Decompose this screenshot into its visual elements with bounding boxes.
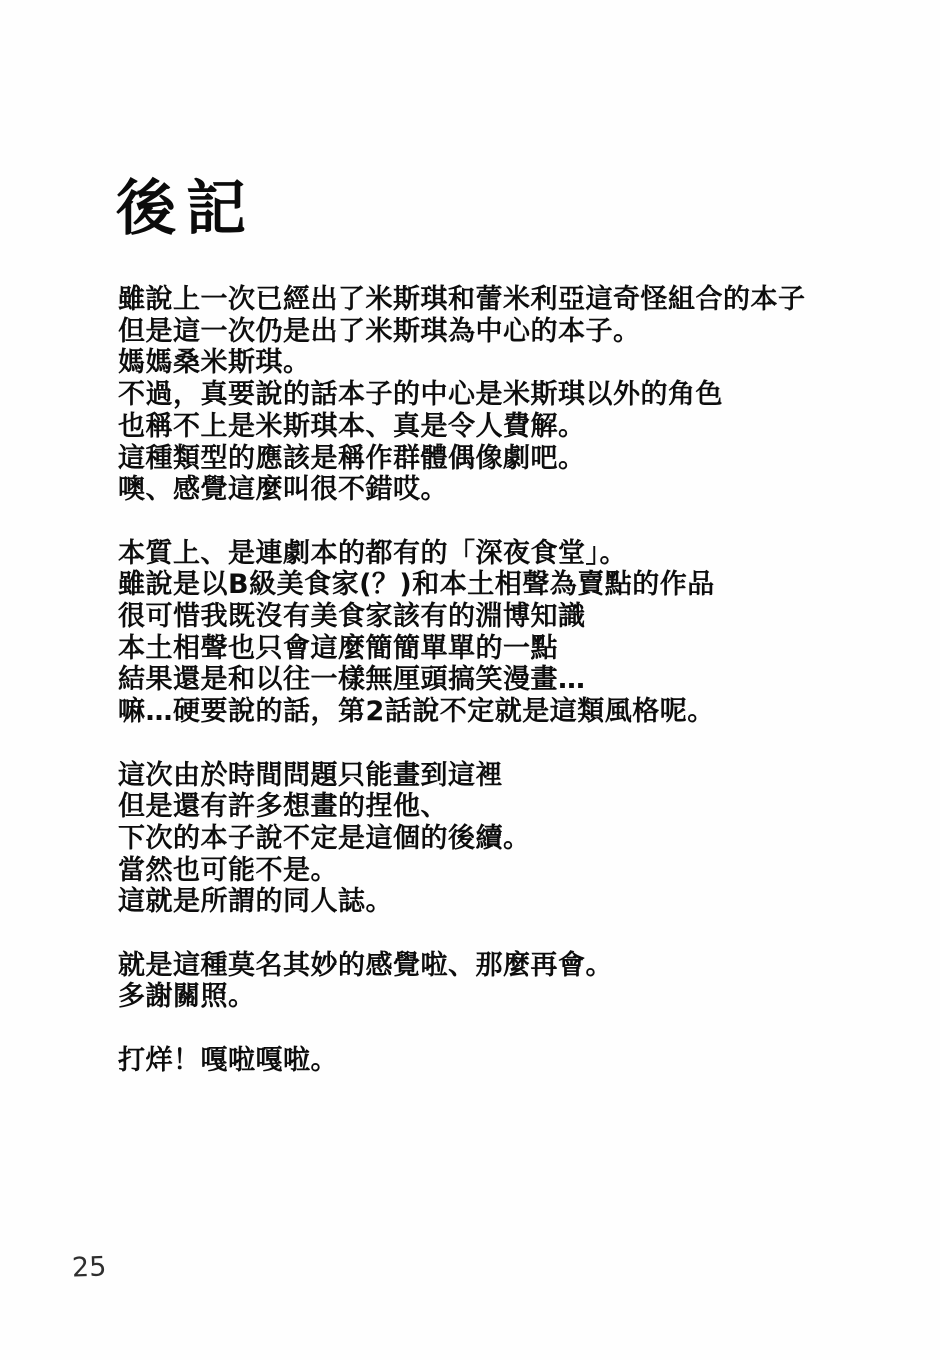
- afterword-line: 不過，真要說的話本子的中心是米斯琪以外的角色: [118, 379, 858, 411]
- afterword-page: 後記 雖說上一次已經出了米斯琪和蕾米利亞這奇怪組合的本子 但是這一次仍是出了米斯…: [0, 0, 940, 1360]
- afterword-line: 但是這一次仍是出了米斯琪為中心的本子。: [118, 316, 858, 348]
- afterword-line: 很可惜我既沒有美食家該有的淵博知識: [118, 601, 858, 633]
- paragraph-3: 這次由於時間問題只能畫到這裡 但是還有許多想畫的捏他、 下次的本子說不定是這個的…: [118, 760, 858, 919]
- afterword-line: 媽媽桑米斯琪。: [118, 347, 858, 379]
- paragraph-5: 打烊！嘎啦嘎啦。: [118, 1045, 858, 1077]
- afterword-line: 多謝關照。: [118, 981, 858, 1013]
- afterword-line: 但是還有許多想畫的捏他、: [118, 791, 858, 823]
- afterword-line: 結果還是和以往一樣無厘頭搞笑漫畫…: [118, 664, 858, 696]
- page-number: 25: [71, 1251, 106, 1283]
- afterword-line: 噢、感覺這麼叫很不錯哎。: [118, 474, 858, 506]
- afterword-line: 這次由於時間問題只能畫到這裡: [118, 760, 858, 792]
- afterword-line: 雖說是以B級美食家(？)和本土相聲為賣點的作品: [118, 569, 858, 601]
- page-title: 後記: [116, 176, 256, 242]
- afterword-line: 本質上、是連劇本的都有的「深夜食堂」。: [118, 538, 858, 570]
- afterword-line: 這種類型的應該是稱作群體偶像劇吧。: [118, 443, 858, 475]
- afterword-line: 就是這種莫名其妙的感覺啦、那麼再會。: [118, 950, 858, 982]
- afterword-line: 當然也可能不是。: [118, 855, 858, 887]
- afterword-line: 本土相聲也只會這麼簡簡單單的一點: [118, 633, 858, 665]
- paragraph-4: 就是這種莫名其妙的感覺啦、那麼再會。 多謝關照。: [118, 950, 858, 1013]
- afterword-line: 打烊！嘎啦嘎啦。: [118, 1045, 858, 1077]
- afterword-line: 雖說上一次已經出了米斯琪和蕾米利亞這奇怪組合的本子: [118, 284, 858, 316]
- afterword-line: 這就是所謂的同人誌。: [118, 886, 858, 918]
- afterword-line: 也稱不上是米斯琪本、真是令人費解。: [118, 411, 858, 443]
- afterword-line: 下次的本子說不定是這個的後續。: [118, 823, 858, 855]
- afterword-text: 雖說上一次已經出了米斯琪和蕾米利亞這奇怪組合的本子 但是這一次仍是出了米斯琪為中…: [118, 284, 858, 1108]
- afterword-line: 嘛…硬要說的話，第2話說不定就是這類風格呢。: [118, 696, 858, 728]
- paragraph-2: 本質上、是連劇本的都有的「深夜食堂」。 雖說是以B級美食家(？)和本土相聲為賣點…: [118, 538, 858, 728]
- paragraph-1: 雖說上一次已經出了米斯琪和蕾米利亞這奇怪組合的本子 但是這一次仍是出了米斯琪為中…: [118, 284, 858, 506]
